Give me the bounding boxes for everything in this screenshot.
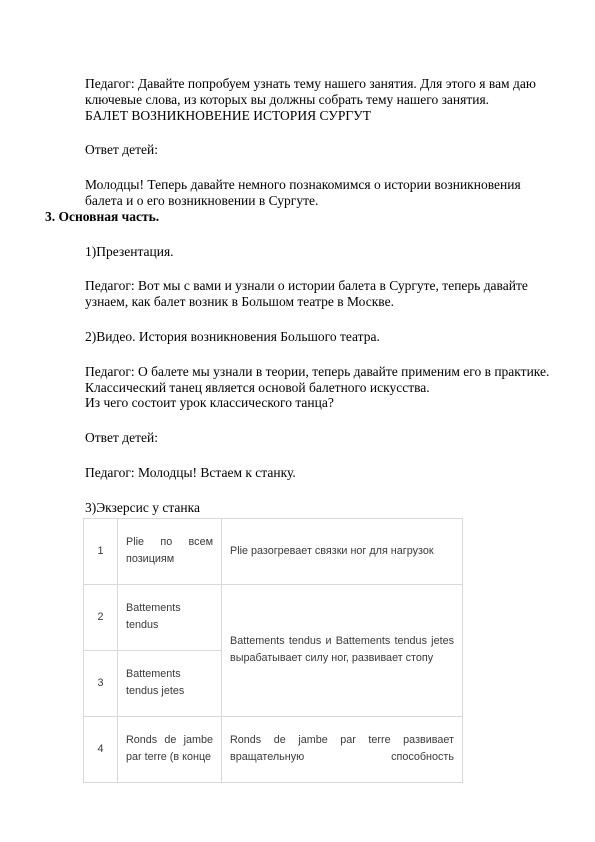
exercise-description-cell: Plie разогревает связки ног для нагрузок xyxy=(222,518,463,584)
paragraph-teacher-theory: Педагог: О балете мы узнали в теории, те… xyxy=(85,364,550,396)
question-line: Из чего состоит урок классического танца… xyxy=(85,395,550,411)
children-answer-1: Ответ детей: xyxy=(85,142,550,158)
row-number-cell: 4 xyxy=(84,716,118,782)
paragraph-teacher-barre: Педагог: Молодцы! Встаем к станку. xyxy=(85,465,550,481)
paragraph-teacher-intro: Педагог: Давайте попробуем узнать тему н… xyxy=(85,76,550,108)
paragraph-praise-intro: Молодцы! Теперь давайте немного познаком… xyxy=(85,177,550,209)
paragraph-teacher-presentation: Педагог: Вот мы с вами и узнали о истори… xyxy=(85,278,550,310)
exercise-name-cell: Battements tendus xyxy=(118,584,222,650)
row-number-cell: 2 xyxy=(84,584,118,650)
exercise-name-cell: Plie по всем позициям xyxy=(118,518,222,584)
exercise-name-cell: Ronds de jambe par terre (в конце xyxy=(118,716,222,782)
list-item-presentation: 1)Презентация. xyxy=(85,244,550,260)
exercise-table: 1 Plie по всем позициям Plie разогревает… xyxy=(83,518,463,783)
children-answer-2: Ответ детей: xyxy=(85,430,550,446)
exercise-description-cell: Ronds de jambe par terre развивает враща… xyxy=(222,716,463,782)
table-row: 1 Plie по всем позициям Plie разогревает… xyxy=(84,518,463,584)
row-number-cell: 3 xyxy=(84,650,118,716)
keywords-line: БАЛЕТ ВОЗНИКНОВЕНИЕ ИСТОРИЯ СУРГУТ xyxy=(85,108,550,124)
list-item-video: 2)Видео. История возникновения Большого … xyxy=(85,329,550,345)
table-row: 4 Ronds de jambe par terre (в конце Rond… xyxy=(84,716,463,782)
exercise-name-cell: Battements tendus jetes xyxy=(118,650,222,716)
page-content: Педагог: Давайте попробуем узнать тему н… xyxy=(45,76,550,783)
table-row: 2 Battements tendus Battements tendus и … xyxy=(84,584,463,650)
list-item-exercise-barre: 3)Экзерсис у станка xyxy=(85,500,550,516)
section-heading-main-part: 3. Основная часть. xyxy=(45,209,550,225)
exercise-description-merged-cell: Battements tendus и Battements tendus je… xyxy=(222,584,463,716)
row-number-cell: 1 xyxy=(84,518,118,584)
document-page: Педагог: Давайте попробуем узнать тему н… xyxy=(0,0,595,842)
